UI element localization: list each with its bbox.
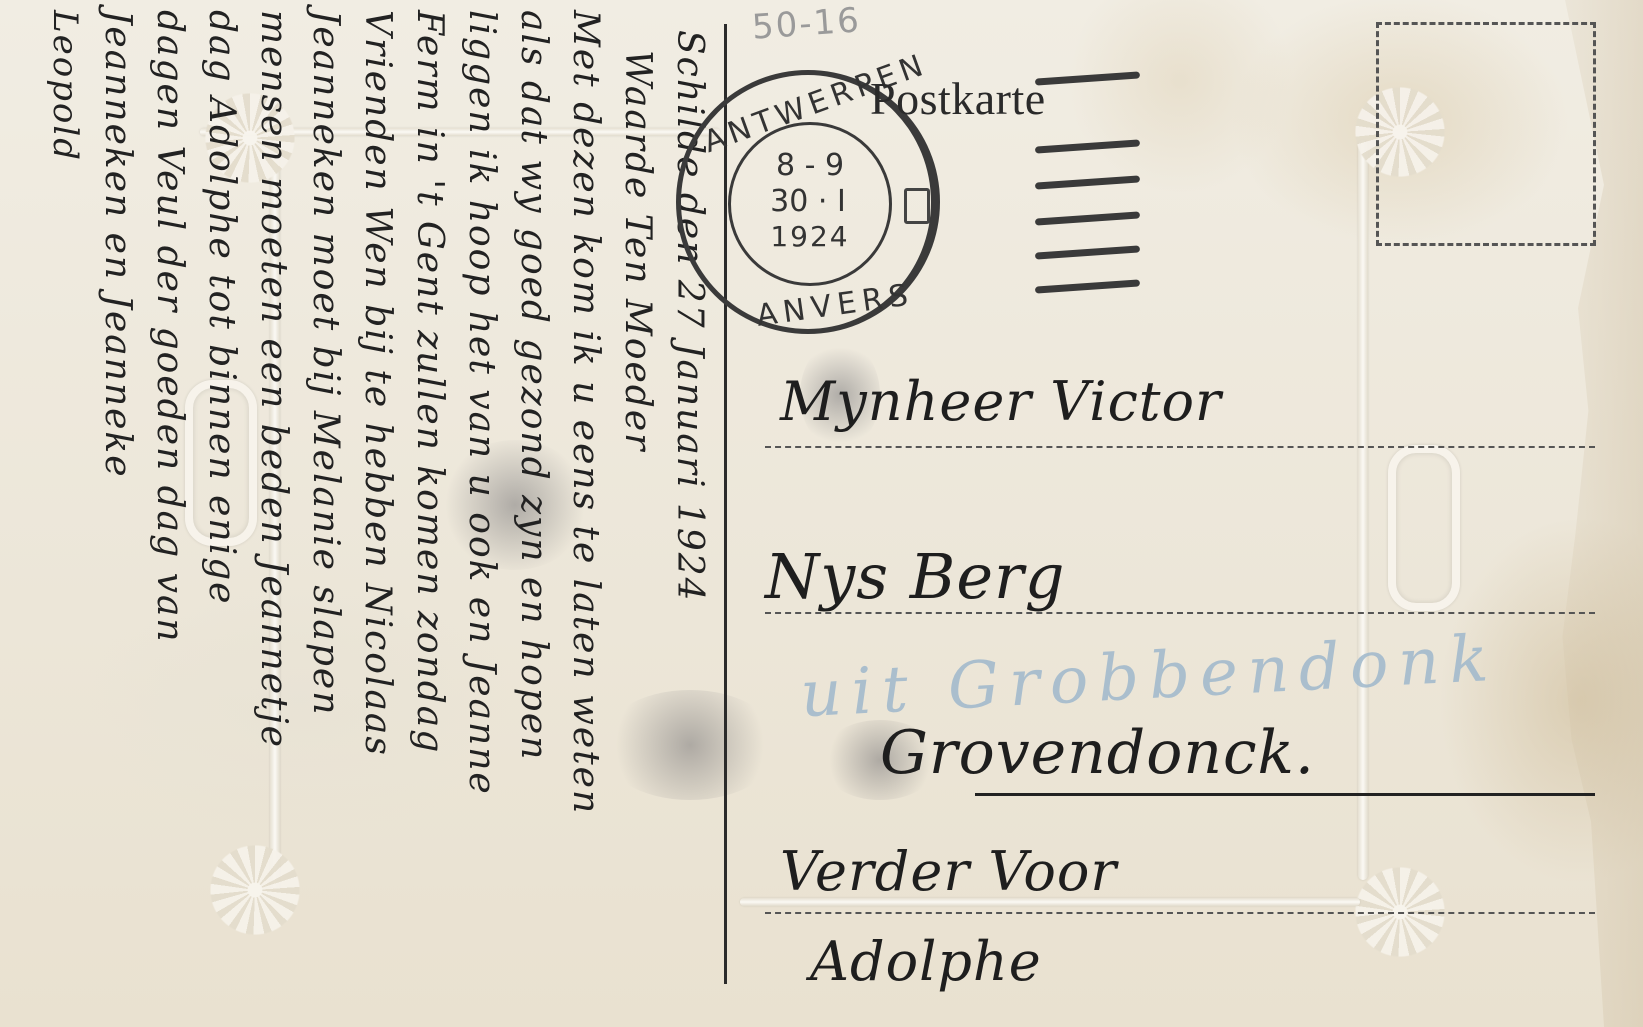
message-line: dag Adolphe tot binnen enige — [195, 10, 247, 1020]
message-line: Vrienden Wen bij te hebben Nicolaas — [351, 10, 403, 1020]
address-forward-note: Verder Voor — [780, 840, 1117, 903]
message-line: Jeanneken en Jeanneke — [91, 10, 143, 1020]
postcard-back: Schilde den 27 Januari 1924 Waarde Ten M… — [0, 0, 1643, 1027]
address-recipient: Mynheer Victor — [780, 370, 1222, 433]
emboss-scroll-icon — [1388, 445, 1460, 611]
cancellation-bars-icon — [1035, 75, 1145, 295]
address-street: Nys Berg — [765, 540, 1065, 613]
message-line: liggen ik hoop het van u ook en Jeanne — [455, 10, 507, 1020]
emboss-border-right — [1358, 140, 1368, 880]
message-line: als dat wy goed gezond zyn en hopen — [507, 10, 559, 1020]
stamp-placeholder-box — [1376, 22, 1596, 246]
postmark-code-box — [904, 188, 930, 224]
message-greeting: Waarde Ten Moeder — [611, 10, 663, 1020]
message-line: mensen moeten een beden Jeannetje — [247, 10, 299, 1020]
address-line-4-rule — [765, 912, 1595, 914]
address-town-underline — [975, 793, 1595, 796]
pencil-catalog-note: 50-16 — [751, 0, 862, 47]
address-town: Grovendonck. — [880, 718, 1315, 788]
card-title: Postkarte — [870, 72, 1046, 125]
blue-pencil-annotation: uit Grobbendonk — [799, 622, 1500, 732]
address-line-1-rule — [765, 446, 1595, 448]
message-line: Jeanneken moet bij Melanie slapen — [299, 10, 351, 1020]
message-line: Ferm in 't Gent zullen komen zondag — [403, 10, 455, 1020]
handwritten-message: Schilde den 27 Januari 1924 Waarde Ten M… — [5, 10, 715, 1020]
postmark-time: 8 - 9 — [670, 148, 950, 183]
message-signature: Leopold — [39, 10, 91, 1020]
address-forward-name: Adolphe — [810, 930, 1042, 993]
message-line: dagen Veul der goeden dag van — [143, 10, 195, 1020]
message-line: Met dezen kom ik u eens te laten weten — [559, 10, 611, 1020]
postmark-year: 1924 — [670, 220, 950, 253]
